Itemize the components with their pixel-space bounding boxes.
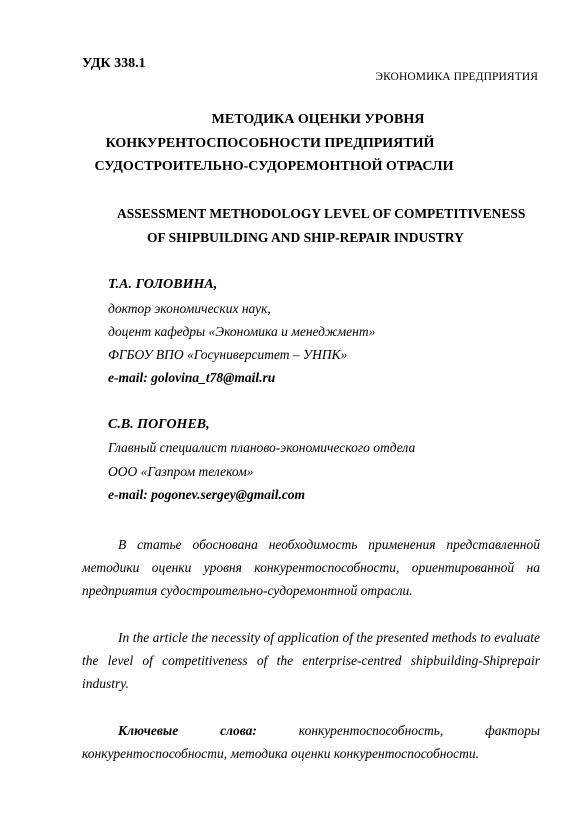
author-2-affiliation: ООО «Газпром телеком» (108, 464, 253, 480)
rubric: ЭКОНОМИКА ПРЕДПРИЯТИЯ (375, 71, 538, 83)
title-ru-line-1: МЕТОДИКА ОЦЕНКИ УРОВНЯ (28, 112, 580, 128)
abstract-en: In the article the necessity of applicat… (82, 626, 540, 695)
udk-code: УДК 338.1 (82, 56, 146, 72)
title-en-line-2: OF SHIPBUILDING AND SHIP-REPAIR INDUSTRY (147, 230, 464, 246)
title-ru-line-2: КОНКУРЕНТОСПОСОБНОСТИ ПРЕДПРИЯТИЙ (0, 136, 560, 152)
keywords: Ключевые слова: конкурентоспособность, ф… (82, 719, 540, 765)
author-2-name: С.В. ПОГОНЕВ, (108, 417, 210, 433)
title-en-line-1: ASSESSMENT METHODOLOGY LEVEL OF COMPETIT… (117, 206, 525, 222)
author-1-degree: доктор экономических наук, (108, 301, 271, 317)
abstract-ru: В статье обоснована необходимость примен… (82, 533, 540, 602)
keywords-label: Ключевые слова: (118, 723, 257, 738)
author-1-email[interactable]: e-mail: golovina_t78@mail.ru (108, 370, 275, 386)
author-1-affiliation: ФГБОУ ВПО «Госуниверситет – УНПК» (108, 347, 347, 363)
author-2-position: Главный специалист планово-экономическог… (108, 440, 415, 456)
abstract-ru-text: В статье обоснована необходимость примен… (82, 537, 540, 598)
title-ru-line-3: СУДОСТРОИТЕЛЬНО-СУДОРЕМОНТНОЙ ОТРАСЛИ (0, 159, 564, 175)
abstract-en-text: In the article the necessity of applicat… (82, 630, 540, 691)
author-1-name: Т.А. ГОЛОВИНА, (108, 277, 217, 293)
author-1-position: доцент кафедры «Экономика и менеджмент» (108, 324, 375, 340)
author-2-email[interactable]: e-mail: pogonev.sergey@gmail.com (108, 487, 305, 503)
